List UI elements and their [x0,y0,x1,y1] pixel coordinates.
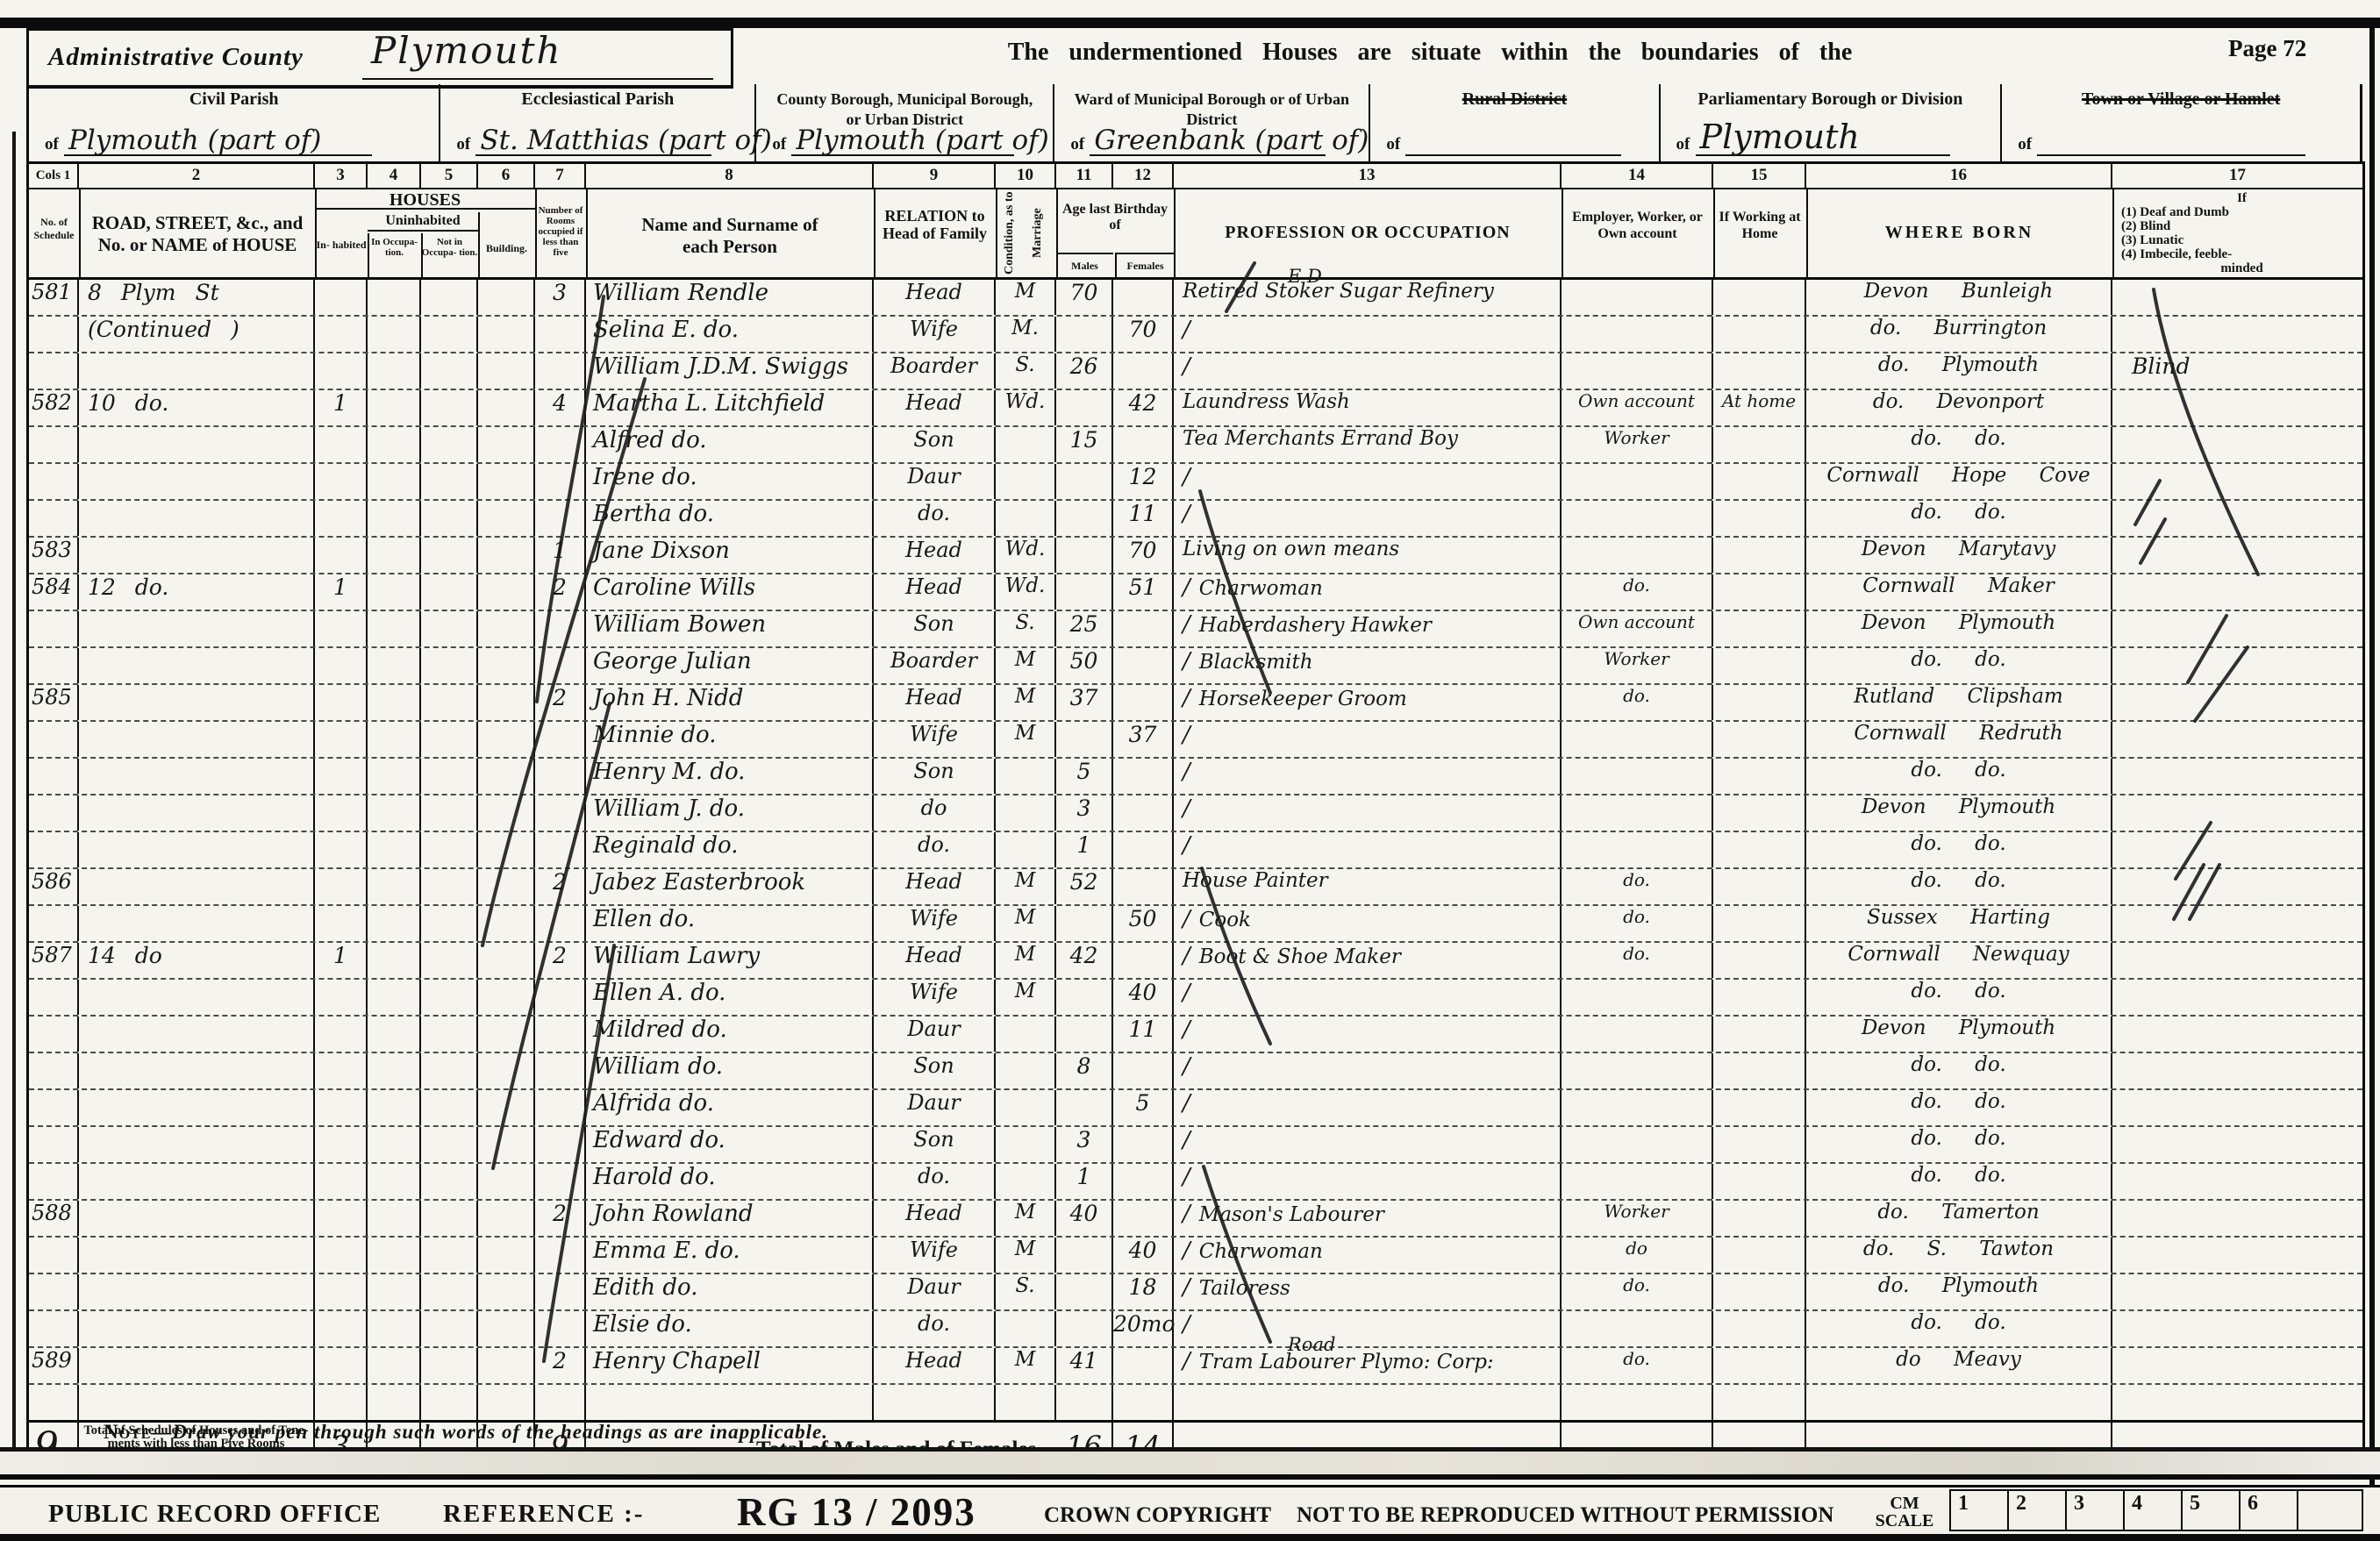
cell-employer [1562,1164,1713,1199]
cell-inhabited [315,869,368,904]
column-header-row: No. of Schedule ROAD, STREET, &c., and N… [29,189,2362,280]
cell-rooms: 4 [535,390,586,425]
cell-where-born: do. do. [1806,759,2112,794]
tally-mark: / [1183,1238,1190,1264]
cell-infirmity [2112,1274,2362,1309]
cell-employer [1562,832,1713,867]
cell-name: Reginald do. [586,832,874,867]
cell-infirmity [2112,427,2362,462]
reference-number: RG 13 / 2093 [737,1489,976,1535]
cell-where-born: Devon Bunleigh [1806,280,2112,315]
cell-name: Henry M. do. [586,759,874,794]
cell-infirmity [2112,685,2362,720]
cell-condition: S. [996,611,1056,646]
cell-rooms [535,722,586,757]
cell-condition: Wd. [996,538,1056,573]
table-row: Mildred do.Daur11/Devon Plymouth [29,1017,2362,1053]
cell-inhabited [315,795,368,831]
header-working-at-home: If Working at Home [1713,209,1806,242]
cell-building [478,1385,535,1420]
cell-in-occupation [368,280,421,315]
cell-occupation: / [1174,759,1562,794]
cell-condition [996,759,1056,794]
cell-name: George Julian [586,648,874,683]
cell-infirmity [2112,1385,2362,1420]
table-row: (Continued )Selina E. do.WifeM.70/do. Bu… [29,317,2362,353]
table-row: Ellen A. do.WifeM40/do. do. [29,980,2362,1017]
cell-name: Ellen do. [586,906,874,941]
cell-road [79,1385,315,1420]
header-not-in-occupation: Not in Occupa- tion. [421,237,478,258]
header-rooms: Number of Rooms occupied if less than fi… [535,205,586,258]
column-number: 11 [1056,164,1113,188]
cell-working-at-home [1713,869,1806,904]
cell-relation: Son [874,1053,996,1088]
cell-employer: do [1562,1238,1713,1273]
cell-rooms [535,1017,586,1052]
cell-where-born: Rutland Clipsham [1806,685,2112,720]
table-row: George JulianBoarderM50/BlacksmithWorker… [29,648,2362,685]
cell-not-in-occupation [421,980,478,1015]
ward-value: Greenbank (part of) [1094,125,1369,156]
cell-building [478,980,535,1015]
cell-in-occupation [368,795,421,831]
cell-age-male: 40 [1056,1201,1113,1236]
cell-in-occupation [368,1311,421,1346]
cell-road [79,1164,315,1199]
cell-road [79,832,315,867]
cell-working-at-home [1713,980,1806,1015]
cell-relation: Wife [874,722,996,757]
undermentioned-houses-text: The undermentioned Houses are situate wi… [816,39,2044,67]
administrative-county-value: Plymouth [371,29,562,72]
cell-not-in-occupation [421,906,478,941]
cell-road [79,1348,315,1383]
cell-relation: Wife [874,317,996,352]
cell-building [478,1201,535,1236]
cell-condition: M [996,906,1056,941]
header-road-line1: ROAD, STREET, &c., and [92,212,304,233]
cell-schedule: 588 [29,1201,79,1236]
cell-in-occupation [368,574,421,610]
header-profession: PROFESSION OR OCCUPATION [1174,223,1562,243]
cell-rooms [535,1274,586,1309]
cell-infirmity [2112,869,2362,904]
cell-road [79,427,315,462]
cell-name: Emma E. do. [586,1238,874,1273]
page-bottom-border [0,1534,2380,1541]
cell-schedule [29,1238,79,1273]
table-row: Minnie do.WifeM37/Cornwall Redruth [29,722,2362,759]
cell-building [478,869,535,904]
cell-working-at-home [1713,317,1806,352]
cell-not-in-occupation [421,1238,478,1273]
cell-working-at-home [1713,611,1806,646]
cell-occupation: Tea Merchants Errand Boy [1174,427,1562,462]
cell-rooms [535,1053,586,1088]
cell-rooms [535,464,586,499]
cell-condition [996,832,1056,867]
cell-occupation: / [1174,795,1562,831]
cell-schedule [29,832,79,867]
header-employer: Employer, Worker, or Own account [1562,209,1713,242]
tally-mark: / [1183,353,1190,380]
header-where-born: WHERE BORN [1806,223,2112,243]
cell-rooms [535,1090,586,1125]
table-row: Alfred do.Son15Tea Merchants Errand BoyW… [29,427,2362,464]
cell-schedule [29,1385,79,1420]
cell-infirmity [2112,317,2362,352]
table-row: William do.Son8/do. do. [29,1053,2362,1090]
cell-relation: Head [874,390,996,425]
cell-name: William J. do. [586,795,874,831]
cell-not-in-occupation [421,611,478,646]
infirmity-line: minded [2121,261,2362,275]
cell-relation: Head [874,943,996,978]
cell-name: Alfrida do. [586,1090,874,1125]
table-row: Irene do.Daur12/Cornwall Hope Cove [29,464,2362,501]
cell-name: William J.D.M. Swiggs [586,353,874,389]
cell-age-male: 3 [1056,795,1113,831]
cell-inhabited [315,759,368,794]
cell-in-occupation [368,1238,421,1273]
cell-working-at-home [1713,280,1806,315]
cell-building [478,906,535,941]
cell-age-female: 70 [1113,538,1174,573]
permission-label: NOT TO BE REPRODUCED WITHOUT PERMISSION [1297,1503,1833,1528]
of-label: of [456,135,470,154]
cell-age-male [1056,317,1113,352]
cell-where-born: do. do. [1806,869,2112,904]
cell-age-male [1056,390,1113,425]
cell-in-occupation [368,611,421,646]
cell-infirmity [2112,1090,2362,1125]
cell-in-occupation [368,943,421,978]
cell-schedule [29,795,79,831]
cell-occupation: /RoadTram Labourer Plymo: Corp: [1174,1348,1562,1383]
cell-employer [1562,1311,1713,1346]
cell-where-born: Cornwall Redruth [1806,722,2112,757]
cell-occupation: /Blacksmith [1174,648,1562,683]
cell-road [79,353,315,389]
cell-name: William do. [586,1053,874,1088]
cell-working-at-home [1713,943,1806,978]
cell-rooms [535,611,586,646]
cell-schedule: 587 [29,943,79,978]
ward-section: Ward of Municipal Borough or of Urban Di… [1054,84,1370,161]
cell-building [478,390,535,425]
cell-infirmity [2112,943,2362,978]
cell-schedule: 584 [29,574,79,610]
cell-in-occupation [368,869,421,904]
cell-relation: do. [874,501,996,536]
cell-infirmity [2112,1164,2362,1199]
cell-where-born: do. Tamerton [1806,1201,2112,1236]
cell-not-in-occupation [421,1017,478,1052]
cell-age-female [1113,280,1174,315]
cell-employer [1562,1017,1713,1052]
cell-occupation: Laundress Wash [1174,390,1562,425]
cell-occupation: / [1174,980,1562,1015]
cell-infirmity [2112,390,2362,425]
cell-schedule: 582 [29,390,79,425]
cell-infirmity [2112,1238,2362,1273]
cell-occupation: /Charwoman [1174,1238,1562,1273]
cell-rooms: 2 [535,574,586,610]
tally-mark: / [1183,759,1190,785]
cell-name: Jabez Easterbrook [586,869,874,904]
cell-where-born: do. Devonport [1806,390,2112,425]
cell-rooms [535,501,586,536]
cell-building [478,574,535,610]
table-row: Bertha do.do.11/do. do. [29,501,2362,538]
occupation-text: House Painter [1183,869,1328,892]
cell-working-at-home [1713,353,1806,389]
cell-age-male [1056,1274,1113,1309]
cell-age-male [1056,1017,1113,1052]
cell-rooms [535,427,586,462]
cell-name: William Bowen [586,611,874,646]
cell-building [478,1164,535,1199]
census-table: Cols 1234567891011121314151617 No. of Sc… [26,161,2365,1480]
cell-building [478,317,535,352]
cell-inhabited [315,1017,368,1052]
cell-road [79,906,315,941]
scale-cell: 1 [1949,1489,2007,1531]
cell-where-born: do. Burrington [1806,317,2112,352]
cell-where-born: Devon Plymouth [1806,611,2112,646]
cell-relation: Boarder [874,353,996,389]
cell-road [79,1090,315,1125]
cell-age-female: 20mo [1113,1311,1174,1346]
cell-condition [996,464,1056,499]
cell-inhabited [315,1385,368,1420]
cell-working-at-home [1713,685,1806,720]
cell-condition: Wd. [996,574,1056,610]
town-village-hamlet-section: Town or Village or Hamlet of [2002,84,2362,161]
cell-not-in-occupation [421,1311,478,1346]
cell-schedule: 589 [29,1348,79,1383]
cell-not-in-occupation [421,759,478,794]
cell-inhabited [315,1274,368,1309]
cell-employer: Own account [1562,390,1713,425]
cell-inhabited [315,1201,368,1236]
cell-rooms [535,832,586,867]
of-label: of [2018,135,2032,154]
table-row: Emma E. do.WifeM40/Charwomandodo. S. Taw… [29,1238,2362,1274]
cell-relation: Head [874,280,996,315]
tally-mark: / [1183,685,1190,711]
cell-condition [996,501,1056,536]
cell-occupation: / [1174,722,1562,757]
cell-not-in-occupation [421,1348,478,1383]
cell-relation: Daur [874,1274,996,1309]
cell-age-female: 70 [1113,317,1174,352]
cell-not-in-occupation [421,353,478,389]
cell-age-male: 41 [1056,1348,1113,1383]
cell-working-at-home [1713,1090,1806,1125]
cell-where-born: do. Plymouth [1806,353,2112,389]
cell-condition: M [996,1201,1056,1236]
cell-infirmity [2112,795,2362,831]
cell-inhabited: 1 [315,943,368,978]
table-row: 5862Jabez EasterbrookHeadM52House Painte… [29,869,2362,906]
occupation-text: Charwoman [1199,577,1323,600]
cell-schedule: 585 [29,685,79,720]
header-in-occupation: In Occupa- tion. [368,237,421,258]
cell-age-male [1056,574,1113,610]
cell-where-born: do Meavy [1806,1348,2112,1383]
table-row: 5818 Plym St3William RendleHeadM70E DRet… [29,280,2362,317]
cell-condition [996,1053,1056,1088]
cell-where-born: do. do. [1806,980,2112,1015]
ecclesiastical-parish-value: St. Matthias (part of) [480,125,771,156]
cell-in-occupation [368,722,421,757]
column-number: 14 [1562,164,1713,188]
cell-relation: Head [874,685,996,720]
cell-inhabited [315,648,368,683]
reference-label: REFERENCE :- [443,1500,644,1529]
cell-in-occupation [368,648,421,683]
cell-road: 8 Plym St [79,280,315,315]
cell-schedule [29,980,79,1015]
cell-infirmity [2112,464,2362,499]
cell-condition: M. [996,317,1056,352]
occupation-text: Haberdashery Hawker [1199,614,1432,637]
cell-not-in-occupation [421,464,478,499]
cell-rooms [535,759,586,794]
cell-name: Edward do. [586,1127,874,1162]
cell-relation: do. [874,832,996,867]
cell-employer: Worker [1562,427,1713,462]
cell-schedule [29,1311,79,1346]
cell-where-born: Devon Plymouth [1806,795,2112,831]
cell-age-female [1113,1385,1174,1420]
cell-employer: do. [1562,1274,1713,1309]
column-number: 16 [1806,164,2112,188]
cell-infirmity [2112,1311,2362,1346]
cell-working-at-home [1713,464,1806,499]
cell-building [478,759,535,794]
column-number: 13 [1174,164,1562,188]
cell-in-occupation [368,906,421,941]
cell-in-occupation [368,1017,421,1052]
cell-relation: Daur [874,1090,996,1125]
header-infirmity: If (1) Deaf and Dumb (2) Blind (3) Lunat… [2112,191,2362,275]
administrative-county-box: Administrative County Plymouth [26,28,733,89]
cell-inhabited: 1 [315,390,368,425]
cell-in-occupation [368,1164,421,1199]
cell-road [79,611,315,646]
cell-road [79,1201,315,1236]
table-row: 5882John RowlandHeadM40/Mason's Labourer… [29,1201,2362,1238]
record-office-footer: PUBLIC RECORD OFFICE REFERENCE :- RG 13 … [0,1487,2380,1534]
cell-name: Mildred do. [586,1017,874,1052]
cell-building [478,1127,535,1162]
cell-schedule [29,501,79,536]
cell-employer: Own account [1562,611,1713,646]
tally-mark: / [1183,464,1190,490]
cell-occupation: / [1174,317,1562,352]
infirmity-line: (3) Lunatic [2121,233,2362,247]
cell-working-at-home: At home [1713,390,1806,425]
cell-relation: Son [874,427,996,462]
cell-employer: Worker [1562,648,1713,683]
cell-inhabited [315,1238,368,1273]
cell-condition: Wd. [996,390,1056,425]
cell-building [478,685,535,720]
cell-age-female [1113,648,1174,683]
cell-working-at-home [1713,1348,1806,1383]
cell-age-male [1056,1311,1113,1346]
cell-infirmity [2112,501,2362,536]
table-row: 5852John H. NiddHeadM37/Horsekeeper Groo… [29,685,2362,722]
cell-age-female [1113,1348,1174,1383]
cell-condition [996,1017,1056,1052]
cell-in-occupation [368,1274,421,1309]
cell-condition [996,1311,1056,1346]
cell-relation: Head [874,1348,996,1383]
cell-rooms: 2 [535,943,586,978]
cell-occupation: Living on own means [1174,538,1562,573]
cell-condition: M [996,1238,1056,1273]
cell-schedule: 583 [29,538,79,573]
cell-road [79,464,315,499]
cell-not-in-occupation [421,538,478,573]
parliamentary-borough-value: Plymouth [1700,118,1860,156]
cell-employer: do. [1562,1348,1713,1383]
tally-mark: / [1183,574,1190,601]
cell-employer: Worker [1562,1201,1713,1236]
cell-condition [996,1090,1056,1125]
cell-not-in-occupation [421,1053,478,1088]
cell-rooms: 2 [535,869,586,904]
occupation-text: Tram Labourer Plymo: Corp: [1199,1351,1494,1373]
table-row: 58210 do.14Martha L. LitchfieldHeadWd.42… [29,390,2362,427]
cell-name: William Lawry [586,943,874,978]
cell-schedule [29,722,79,757]
cell-age-male [1056,538,1113,573]
cell-schedule [29,1274,79,1309]
cell-schedule [29,648,79,683]
infirmity-line: If [2121,191,2362,205]
cell-condition [996,427,1056,462]
cell-relation: Head [874,869,996,904]
cell-inhabited [315,1311,368,1346]
cell-infirmity [2112,1017,2362,1052]
cell-schedule [29,1017,79,1052]
parliamentary-borough-title: Parliamentary Borough or Division [1674,89,1987,110]
cell-road [79,1274,315,1309]
cell-rooms: 1 [535,538,586,573]
cell-rooms [535,353,586,389]
cell-relation: do. [874,1311,996,1346]
cell-working-at-home [1713,1385,1806,1420]
cell-inhabited [315,353,368,389]
occupation-text: Tailoress [1199,1277,1290,1300]
cell-in-occupation [368,317,421,352]
cell-name: Bertha do. [586,501,874,536]
cell-in-occupation [368,501,421,536]
of-label: of [1386,135,1400,154]
cell-not-in-occupation [421,1090,478,1125]
cell-employer: do. [1562,906,1713,941]
cell-not-in-occupation [421,317,478,352]
cell-age-male: 3 [1056,1127,1113,1162]
table-row: 58412 do.12Caroline WillsHeadWd.51/Charw… [29,574,2362,611]
cell-building [478,1311,535,1346]
tally-mark: / [1183,980,1190,1006]
